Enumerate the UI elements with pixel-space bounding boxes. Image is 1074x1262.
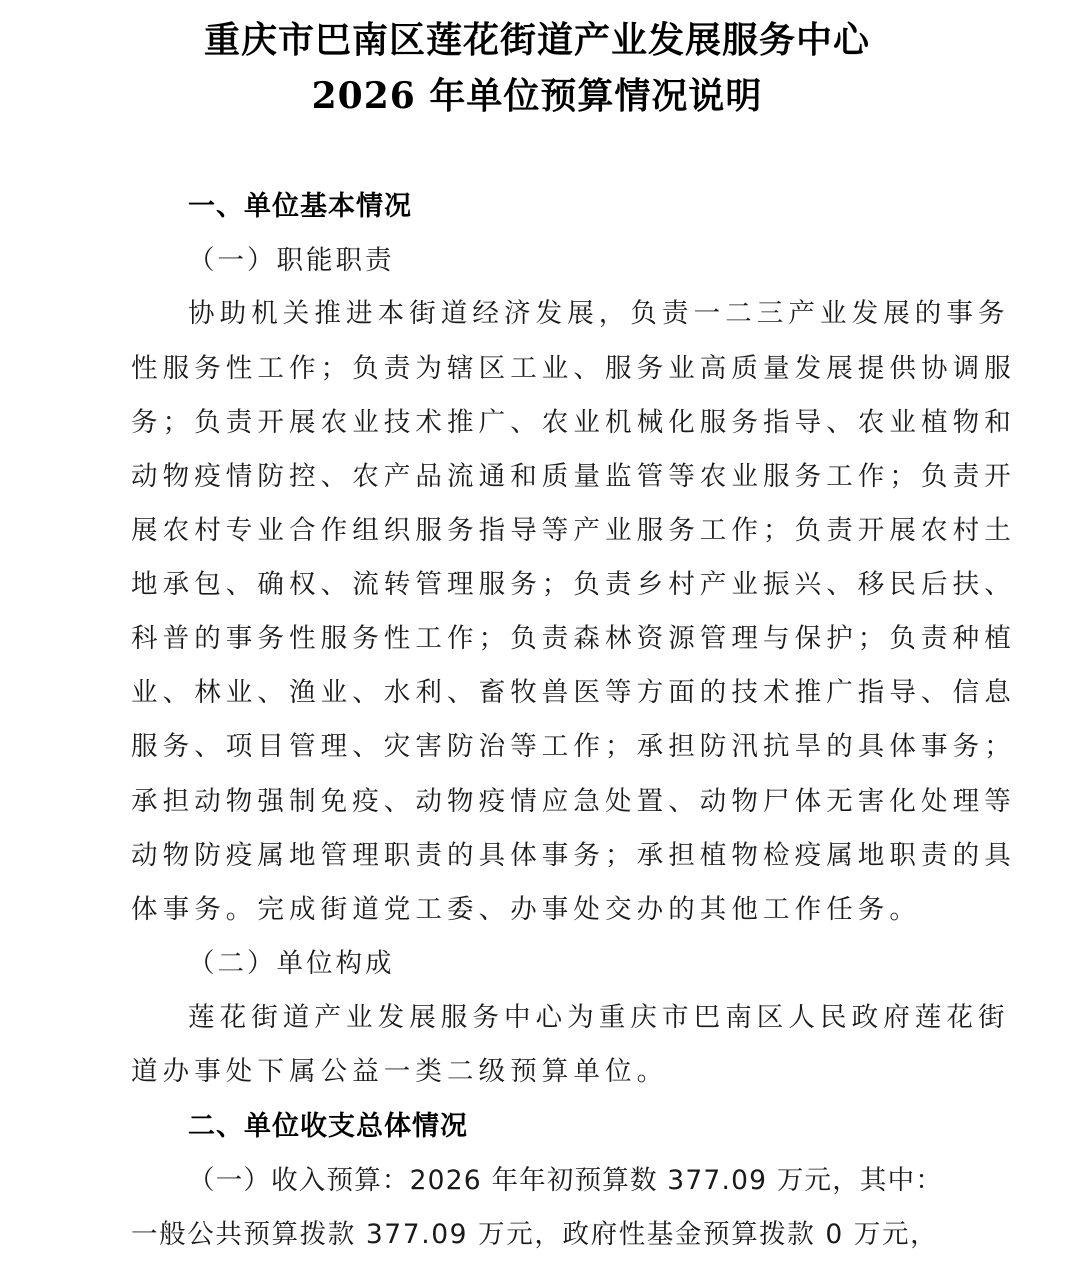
paragraph-line: 莲花街道产业发展服务中心为重庆市巴南区人民政府莲花街: [188, 1000, 948, 1036]
paragraph-line: 动物疫情防控、农产品流通和质量监管等农业服务工作；负责开: [131, 459, 941, 495]
paragraph-line: 科普的事务性服务性工作；负责森林资源管理与保护；负责种植: [131, 621, 941, 657]
section-heading-basic-info: 一、单位基本情况: [188, 189, 412, 225]
paragraph-line: 性服务性工作；负责为辖区工业、服务业高质量发展提供协调服: [131, 351, 941, 387]
subsection-heading-composition: （二）单位构成: [188, 946, 395, 982]
paragraph-line: 体事务。完成街道党工委、办事处交办的其他工作任务。: [131, 892, 941, 928]
paragraph-line: 道办事处下属公益一类二级预算单位。: [131, 1054, 941, 1090]
paragraph-line: 协助机关推进本街道经济发展，负责一二三产业发展的事务: [188, 296, 948, 332]
paragraph-line: 服务、项目管理、灾害防治等工作；承担防汛抗旱的具体事务；: [131, 729, 941, 765]
paragraph-line: 业、林业、渔业、水利、畜牧兽医等方面的技术推广指导、信息: [131, 675, 941, 711]
paragraph-line: 务；负责开展农业技术推广、农业机械化服务指导、农业植物和: [131, 405, 941, 441]
subsection-heading-duties: （一）职能职责: [188, 243, 395, 279]
document-title-line1: 重庆市巴南区莲花街道产业发展服务中心: [0, 18, 1074, 62]
paragraph-line: 地承包、确权、流转管理服务；负责乡村产业振兴、移民后扶、: [131, 567, 941, 603]
paragraph-line-income-budget: （一）收入预算：2026 年年初预算数 377.09 万元，其中：: [188, 1163, 998, 1199]
paragraph-line-income-breakdown: 一般公共预算拨款 377.09 万元，政府性基金预算拨款 0 万元，: [131, 1217, 941, 1253]
paragraph-line: 承担动物强制免疫、动物疫情应急处置、动物尸体无害化处理等: [131, 784, 941, 820]
document-title-line2: 2026 年单位预算情况说明: [0, 74, 1074, 118]
section-heading-budget-overview: 二、单位收支总体情况: [188, 1109, 468, 1145]
document-page: 重庆市巴南区莲花街道产业发展服务中心 2026 年单位预算情况说明 一、单位基本…: [0, 0, 1074, 1262]
paragraph-line: 展农村专业合作组织服务指导等产业服务工作；负责开展农村土: [131, 513, 941, 549]
paragraph-line: 动物防疫属地管理职责的具体事务；承担植物检疫属地职责的具: [131, 838, 941, 874]
